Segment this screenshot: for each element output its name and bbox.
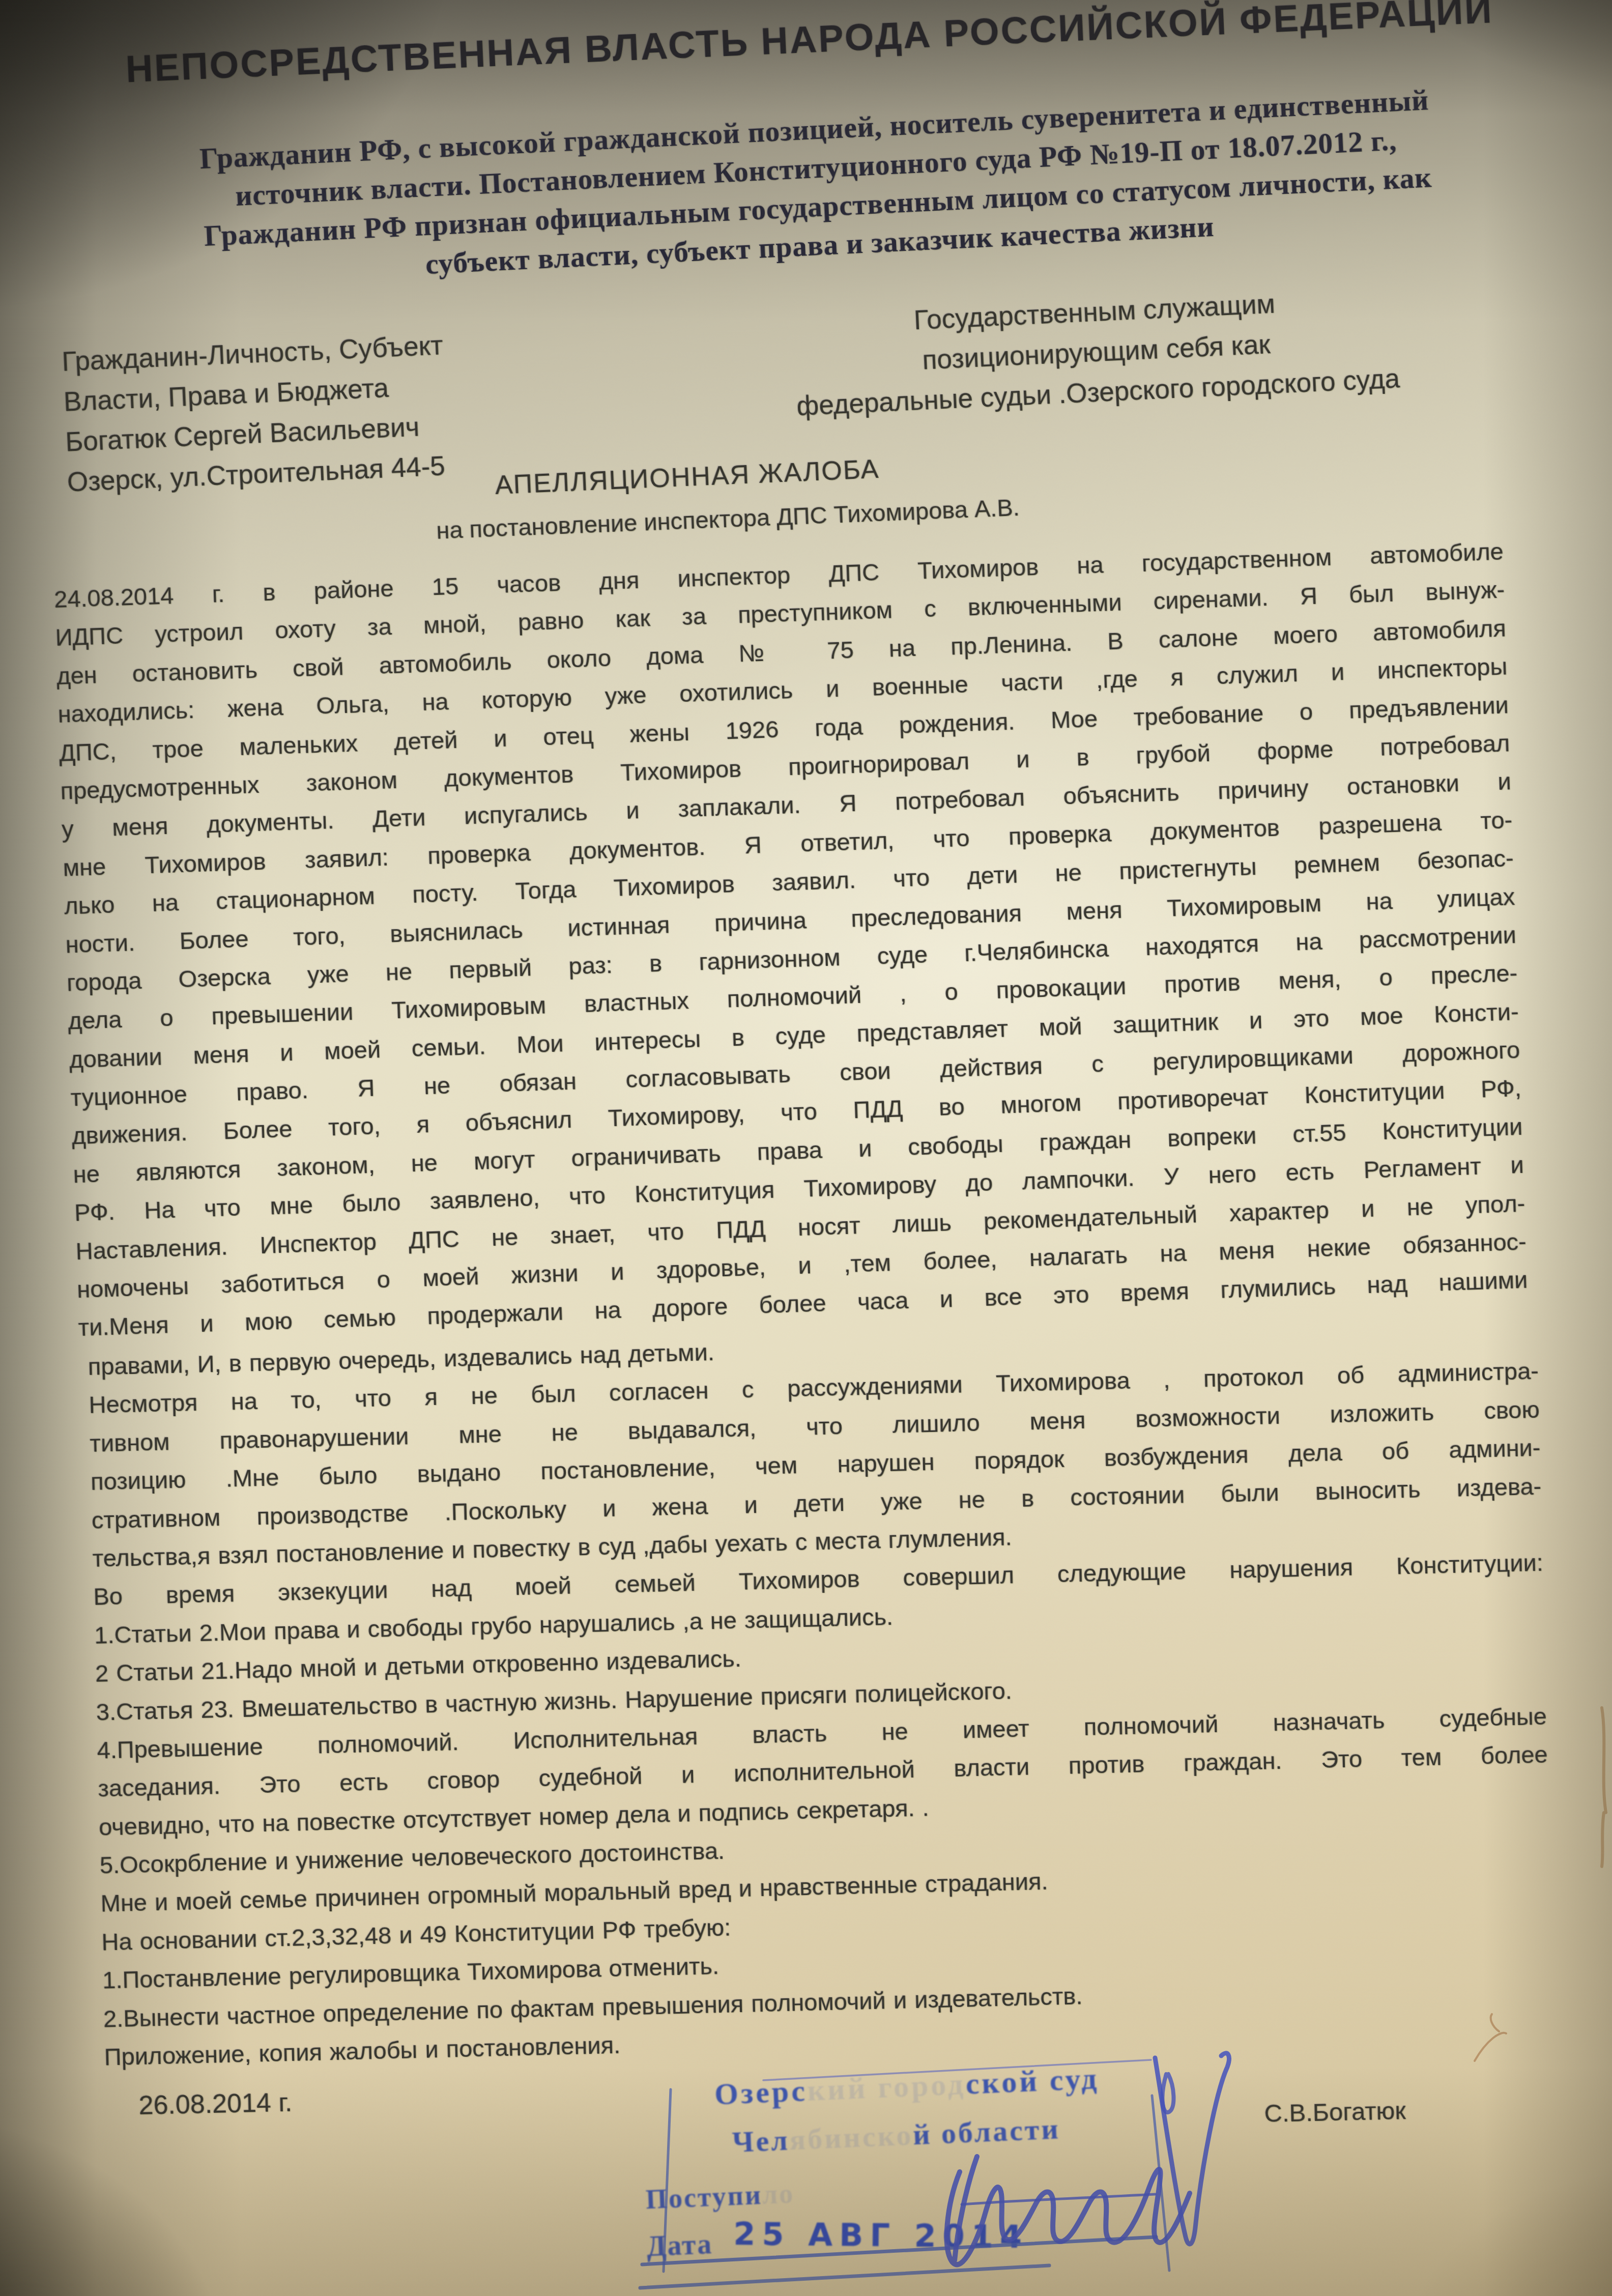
stamp-court-name-line2: Челябинской области	[667, 2109, 1126, 2162]
document-date: 26.08.2014 г.	[138, 2087, 293, 2121]
stamp-received-label: Поступило	[645, 2177, 795, 2215]
stamp-court-name-line1: Озерский городской суд	[637, 2058, 1177, 2115]
body-text-upper: 24.08.2014 г. в районе 15 часов дня инсп…	[53, 532, 1528, 1347]
court-stamp: Озерский городской суд Челябинской облас…	[636, 2044, 1185, 2295]
signatory-name: С.В.Богатюк	[1264, 2097, 1406, 2128]
stamp-date-row: Дата25 АВГ 2014	[646, 2211, 1029, 2263]
stamp-dater-value: 25 АВГ 2014	[733, 2215, 1028, 2255]
stamp-date-label: Дата	[646, 2228, 713, 2262]
body-text-lower: правами, И, в первую очередь, издевались…	[88, 1313, 1555, 2076]
